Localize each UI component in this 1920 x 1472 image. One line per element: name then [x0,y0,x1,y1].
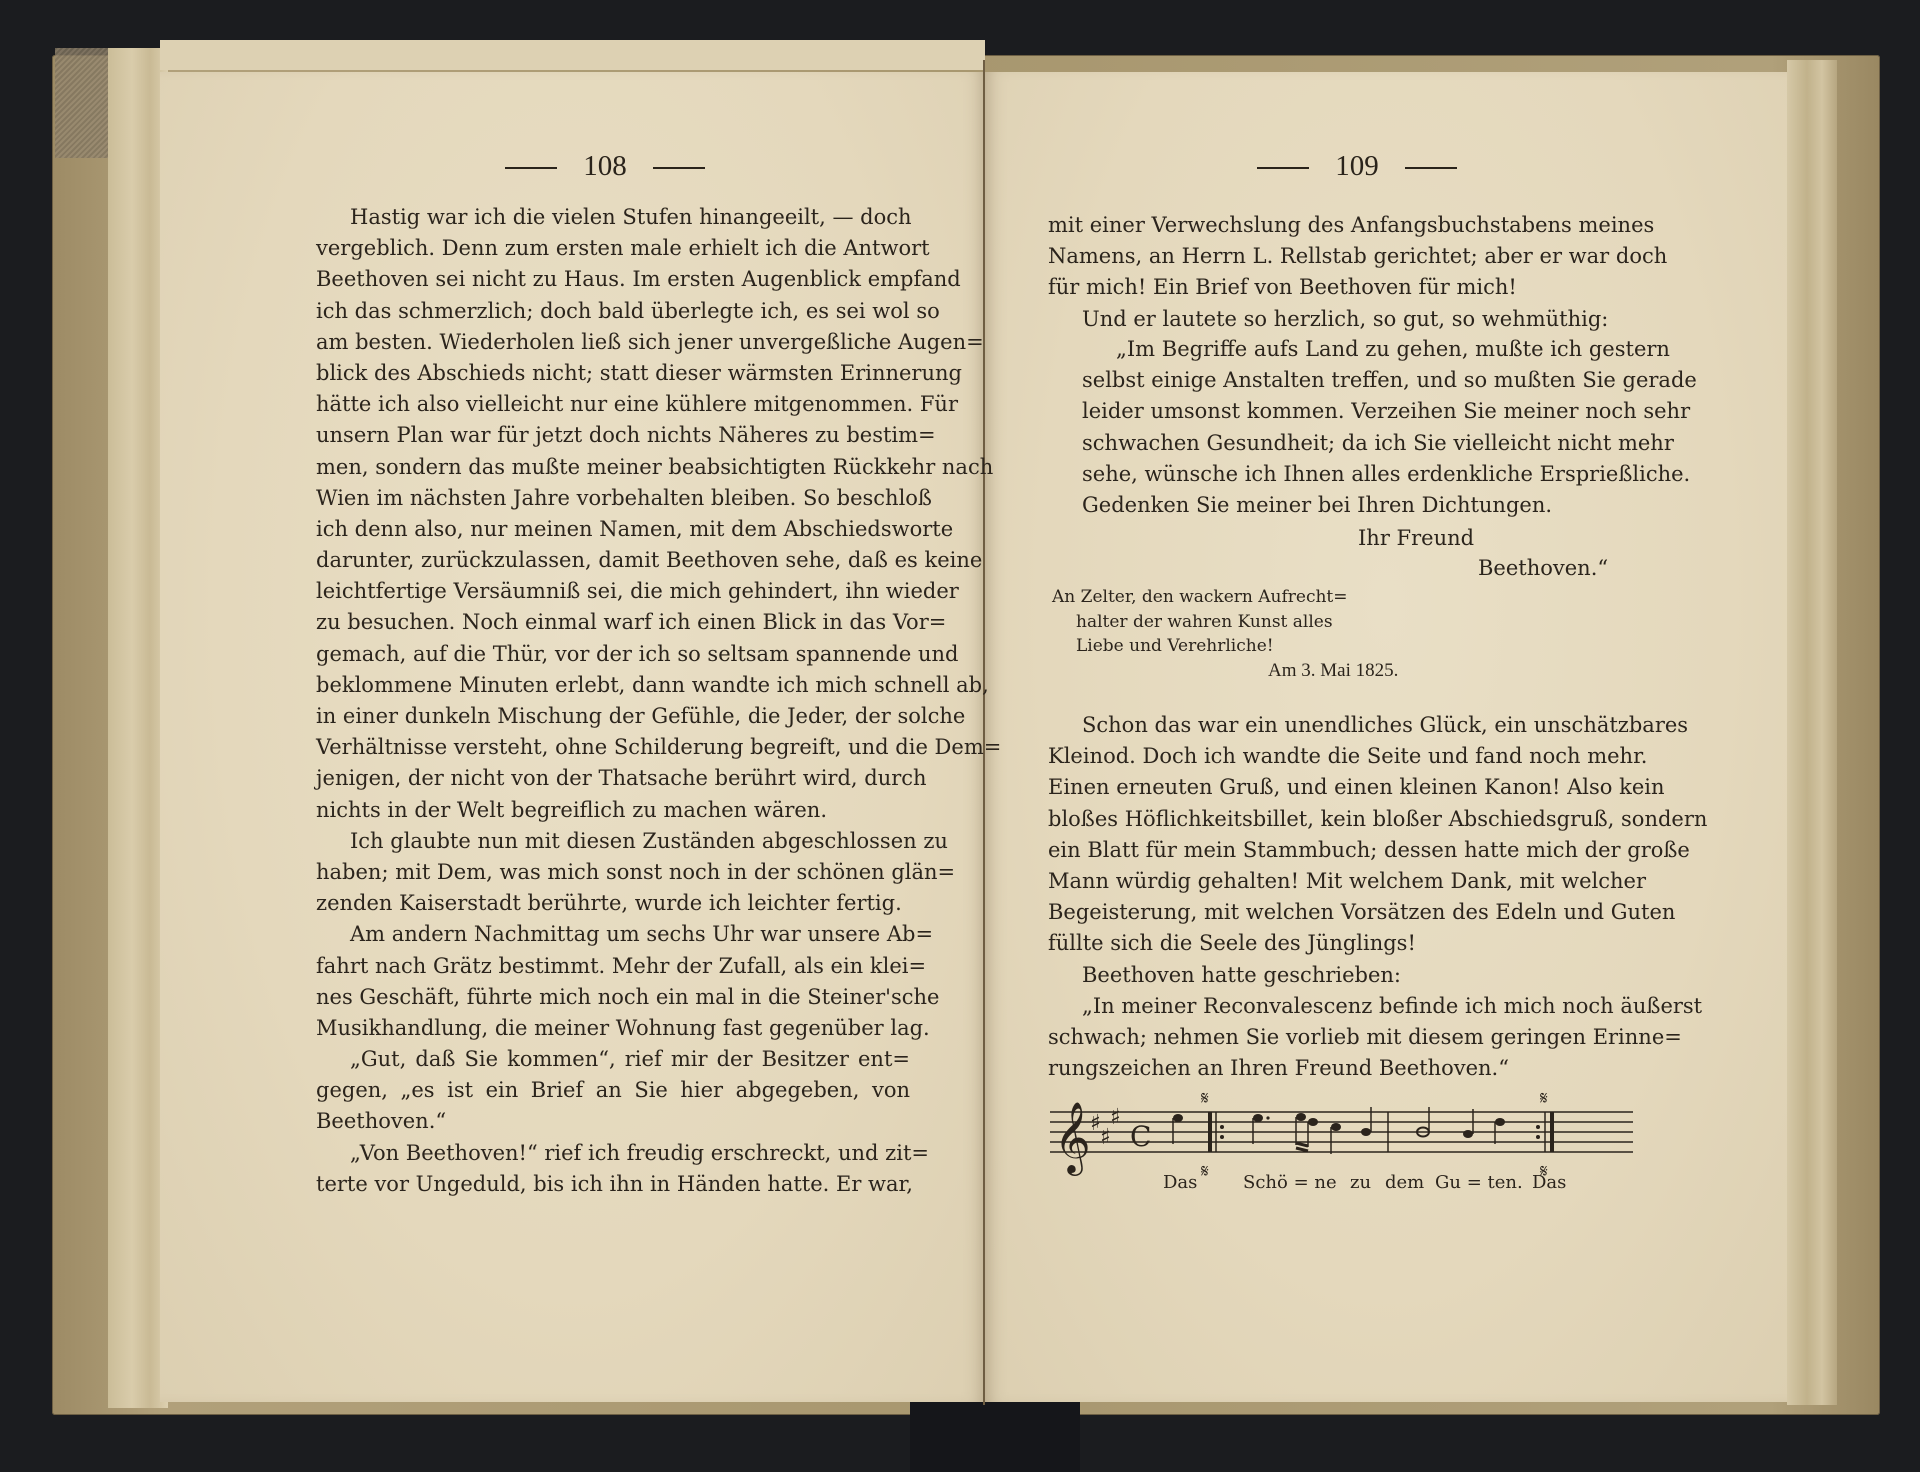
text-line: ich denn also, nur meinen Namen, mit dem… [316,514,910,545]
segno-icon: 𝄋 [1201,1161,1209,1182]
text-line: Am andern Nachmittag um sechs Uhr war un… [316,919,910,950]
text-line: Beethoven.“ [316,1106,910,1137]
text-line: nes Geschäft, führte mich noch ein mal i… [316,982,910,1013]
page-number-text: 109 [1335,150,1379,182]
text-line: „Gut, daß Sie kommen“, rief mir der Besi… [316,1044,910,1075]
page-stack-right [1787,60,1837,1405]
lyric-syllable: Schö = ne [1243,1172,1337,1193]
text-line: sehe, wünsche ich Ihnen alles erdenklich… [1082,459,1644,490]
page-number-right: 109 [1207,150,1507,183]
letter-closing: Ihr Freund [1358,526,1474,550]
text-line: unsern Plan war für jetzt doch nichts Nä… [316,420,910,451]
torn-cloth-corner [55,48,110,158]
letter-date: Am 3. Mai 1825. [1268,660,1398,682]
text-line: Und er lautete so herzlich, so gut, so w… [1048,304,1644,335]
address-line: Liebe und Verehrliche! [1052,634,1348,659]
text-line: Wien im nächsten Jahre vorbehalten bleib… [316,483,910,514]
text-line: fahrt nach Grätz bestimmt. Mehr der Zufa… [316,951,910,982]
spine-gap [910,1400,1080,1472]
text-line: Verhältnisse versteht, ohne Schilderung … [316,732,910,763]
text-line: leider umsonst kommen. Verzeihen Sie mei… [1082,396,1644,427]
book-gutter [983,60,985,1405]
page-number-left: 108 [455,150,755,183]
text-line: Gedenken Sie meiner bei Ihren Dichtungen… [1082,490,1644,521]
text-line: men, sondern das mußte meiner beabsichti… [316,452,910,483]
page-number-text: 108 [583,150,627,182]
text-line: leichtfertige Versäumniß sei, die mich g… [316,576,910,607]
right-body-text-bottom: Schon das war ein unendliches Glück, ein… [1048,710,1642,1084]
text-line: mit einer Verwechslung des Anfangsbuchst… [1048,210,1644,241]
folio-dash [1257,167,1309,169]
text-line: haben; mit Dem, was mich sonst noch in d… [316,857,910,888]
text-line: ich das schmerzlich; doch bald überlegte… [316,296,910,327]
letter-signature: Beethoven.“ [1478,556,1608,580]
text-line: selbst einige Anstalten treffen, und so … [1082,365,1644,396]
lyric-syllable: zu [1350,1172,1371,1193]
folio-dash [505,167,557,169]
text-line: für mich! Ein Brief von Beethoven für mi… [1048,272,1644,303]
common-time-icon: C [1130,1120,1151,1153]
lyric-syllable: Das [1163,1172,1197,1193]
text-line: Begeisterung, mit welchen Vorsätzen des … [1048,897,1642,928]
text-line: blick des Abschieds nicht; statt dieser … [316,358,910,389]
text-line: Schon das war ein unendliches Glück, ein… [1048,710,1642,741]
text-line: Einen erneuten Gruß, und einen kleinen K… [1048,772,1642,803]
text-line: in einer dunkeln Mischung der Gefühle, d… [316,701,910,732]
left-body-text: Hastig war ich die vielen Stufen hinange… [316,202,910,1200]
text-line: darunter, zurückzulassen, damit Beethove… [316,545,910,576]
address-line: An Zelter, den wackern Aufrecht= [1052,585,1348,610]
text-line: „In meiner Reconvalescenz befinde ich mi… [1048,991,1642,1022]
text-line: Mann würdig gehalten! Mit welchem Dank, … [1048,866,1642,897]
address-block: An Zelter, den wackern Aufrecht= halter … [1052,585,1348,659]
text-line: schwachen Gesundheit; da ich Sie viellei… [1082,428,1644,459]
text-line: jenigen, der nicht von der Thatsache ber… [316,763,910,794]
page-stack-top [160,40,985,70]
segno-icon: 𝄋 [1201,1088,1209,1109]
text-line: ein Blatt für mein Stammbuch; dessen hat… [1048,835,1642,866]
text-line: bloßes Höflichkeitsbillet, kein bloßer A… [1048,804,1642,835]
segno-icon: 𝄋 [1540,1088,1548,1109]
text-line: gegen, „es ist ein Brief an Sie hier abg… [316,1075,910,1106]
text-line: terte vor Ungeduld, bis ich ihn in Hände… [316,1169,910,1200]
right-body-text-top: mit einer Verwechslung des Anfangsbuchst… [1048,210,1644,335]
sharp-icon: ♯ [1110,1105,1121,1130]
text-line: hätte ich also vielleicht nur eine kühle… [316,389,910,420]
text-line: Beethoven hatte geschrieben: [1048,960,1642,991]
text-line: zenden Kaiserstadt berührte, wurde ich l… [316,888,910,919]
text-line: Beethoven sei nicht zu Haus. Im ersten A… [316,264,910,295]
text-line: zu besuchen. Noch einmal warf ich einen … [316,607,910,638]
folio-dash [1405,167,1457,169]
text-line: schwach; nehmen Sie vorlieb mit diesem g… [1048,1022,1642,1053]
lyric-syllable: dem [1385,1172,1424,1193]
folio-dash [653,167,705,169]
text-line: rungszeichen an Ihren Freund Beethoven.“ [1048,1053,1642,1084]
address-line: halter der wahren Kunst alles [1052,610,1348,635]
text-line: Ich glaubte nun mit diesen Zuständen abg… [316,826,910,857]
text-line: „Von Beethoven!“ rief ich freudig erschr… [316,1138,910,1169]
lyric-syllable: Gu = ten. [1435,1172,1523,1193]
text-line: gemach, auf die Thür, vor der ich so sel… [316,639,910,670]
text-line: „Im Begriffe aufs Land zu gehen, mußte i… [1082,334,1644,365]
text-line: Musikhandlung, die meiner Wohnung fast g… [316,1013,910,1044]
text-line: vergeblich. Denn zum ersten male erhielt… [316,233,910,264]
text-line: am besten. Wiederholen ließ sich jener u… [316,327,910,358]
text-line: Hastig war ich die vielen Stufen hinange… [316,202,910,233]
text-line: Kleinod. Doch ich wandte die Seite und f… [1048,741,1642,772]
text-line: füllte sich die Seele des Jünglings! [1048,928,1642,959]
text-line: Namens, an Herrn L. Rellstab gerichtet; … [1048,241,1644,272]
beethoven-letter: „Im Begriffe aufs Land zu gehen, mußte i… [1046,334,1644,521]
lyric-syllable: Das [1532,1172,1566,1193]
page-stack-left [108,48,168,1408]
text-line: beklommene Minuten erlebt, dann wandte i… [316,670,910,701]
treble-clef-icon: 𝄞 [1054,1100,1091,1176]
text-line: nichts in der Welt begreiflich zu machen… [316,795,910,826]
